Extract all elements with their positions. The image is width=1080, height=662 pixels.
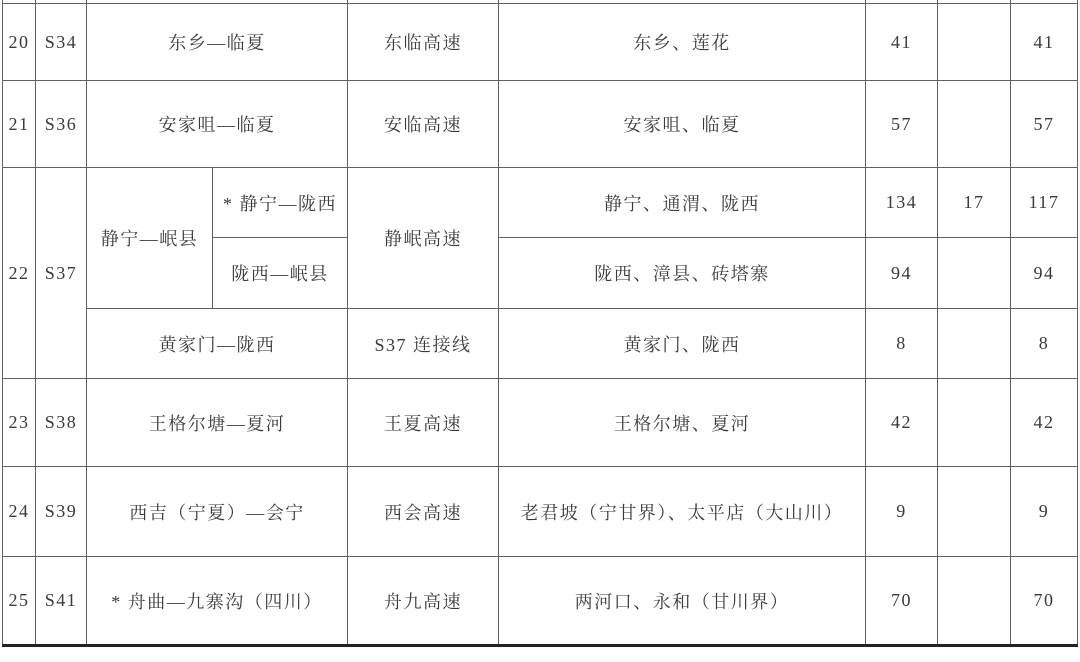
mileage-cell: 8 <box>866 309 938 379</box>
mileage-cell: 70 <box>866 557 938 646</box>
mileage-cell: 41 <box>1011 4 1078 81</box>
route-name-cell: 安家咀—临夏 <box>87 81 348 168</box>
control-points-cell: 两河口、永和（甘川界） <box>499 557 866 646</box>
control-points-cell: 黄家门、陇西 <box>499 309 866 379</box>
route-name-cell: * 舟曲—九寨沟（四川） <box>87 557 348 646</box>
route-name-cell: * 静宁—陇西 <box>213 168 348 238</box>
table-row: 24 S39 西吉（宁夏）—会宁 西会高速 老君坡（宁甘界）、太平店（大山川） … <box>3 467 1078 557</box>
row-number-cell: 21 <box>3 81 36 168</box>
route-group-cell: 静宁—岷县 <box>87 168 213 309</box>
table-row: 21 S36 安家咀—临夏 安临高速 安家咀、临夏 57 57 <box>3 81 1078 168</box>
route-name-cell: 东乡—临夏 <box>87 4 348 81</box>
highway-name-cell: 安临高速 <box>348 81 499 168</box>
highway-name-cell: 舟九高速 <box>348 557 499 646</box>
mileage-cell: 41 <box>866 4 938 81</box>
control-points-cell: 老君坡（宁甘界）、太平店（大山川） <box>499 467 866 557</box>
mileage-cell: 94 <box>866 238 938 309</box>
route-code-cell: S39 <box>36 467 87 557</box>
highway-name-cell: 西会高速 <box>348 467 499 557</box>
table-row: 23 S38 王格尔塘—夏河 王夏高速 王格尔塘、夏河 42 42 <box>3 379 1078 467</box>
highway-name-cell: 静岷高速 <box>348 168 499 309</box>
document-page: 20 S34 东乡—临夏 东临高速 东乡、莲花 41 41 21 S36 安家咀… <box>0 0 1080 662</box>
control-points-cell: 东乡、莲花 <box>499 4 866 81</box>
control-points-cell: 安家咀、临夏 <box>499 81 866 168</box>
highway-table: 20 S34 东乡—临夏 东临高速 东乡、莲花 41 41 21 S36 安家咀… <box>2 0 1078 647</box>
row-number-cell: 25 <box>3 557 36 646</box>
route-name-cell: 黄家门—陇西 <box>87 309 348 379</box>
mileage-cell <box>938 467 1011 557</box>
mileage-cell <box>938 81 1011 168</box>
mileage-cell: 9 <box>1011 467 1078 557</box>
route-code-cell: S38 <box>36 379 87 467</box>
highway-name-cell: S37 连接线 <box>348 309 499 379</box>
route-name-cell: 西吉（宁夏）—会宁 <box>87 467 348 557</box>
route-name-cell: 陇西—岷县 <box>213 238 348 309</box>
mileage-cell <box>938 4 1011 81</box>
control-points-cell: 陇西、漳县、砖塔寨 <box>499 238 866 309</box>
row-number-cell: 20 <box>3 4 36 81</box>
mileage-cell <box>938 557 1011 646</box>
row-number-cell: 23 <box>3 379 36 467</box>
mileage-cell: 57 <box>866 81 938 168</box>
table-row: 黄家门—陇西 S37 连接线 黄家门、陇西 8 8 <box>3 309 1078 379</box>
table-row: 22 S37 静宁—岷县 * 静宁—陇西 静岷高速 静宁、通渭、陇西 134 1… <box>3 168 1078 238</box>
mileage-cell: 117 <box>1011 168 1078 238</box>
row-number-cell: 24 <box>3 467 36 557</box>
mileage-cell: 70 <box>1011 557 1078 646</box>
mileage-cell <box>938 309 1011 379</box>
mileage-cell <box>938 379 1011 467</box>
control-points-cell: 静宁、通渭、陇西 <box>499 168 866 238</box>
control-points-cell: 王格尔塘、夏河 <box>499 379 866 467</box>
mileage-cell: 17 <box>938 168 1011 238</box>
mileage-cell: 94 <box>1011 238 1078 309</box>
mileage-cell <box>938 238 1011 309</box>
route-code-cell: S36 <box>36 81 87 168</box>
table-row: 25 S41 * 舟曲—九寨沟（四川） 舟九高速 两河口、永和（甘川界） 70 … <box>3 557 1078 646</box>
mileage-cell: 57 <box>1011 81 1078 168</box>
highway-name-cell: 东临高速 <box>348 4 499 81</box>
mileage-cell: 134 <box>866 168 938 238</box>
route-code-cell: S34 <box>36 4 87 81</box>
mileage-cell: 8 <box>1011 309 1078 379</box>
route-code-cell: S41 <box>36 557 87 646</box>
mileage-cell: 42 <box>866 379 938 467</box>
route-code-cell: S37 <box>36 168 87 379</box>
route-name-cell: 王格尔塘—夏河 <box>87 379 348 467</box>
row-number-cell: 22 <box>3 168 36 379</box>
table-row: 20 S34 东乡—临夏 东临高速 东乡、莲花 41 41 <box>3 4 1078 81</box>
mileage-cell: 42 <box>1011 379 1078 467</box>
mileage-cell: 9 <box>866 467 938 557</box>
highway-name-cell: 王夏高速 <box>348 379 499 467</box>
